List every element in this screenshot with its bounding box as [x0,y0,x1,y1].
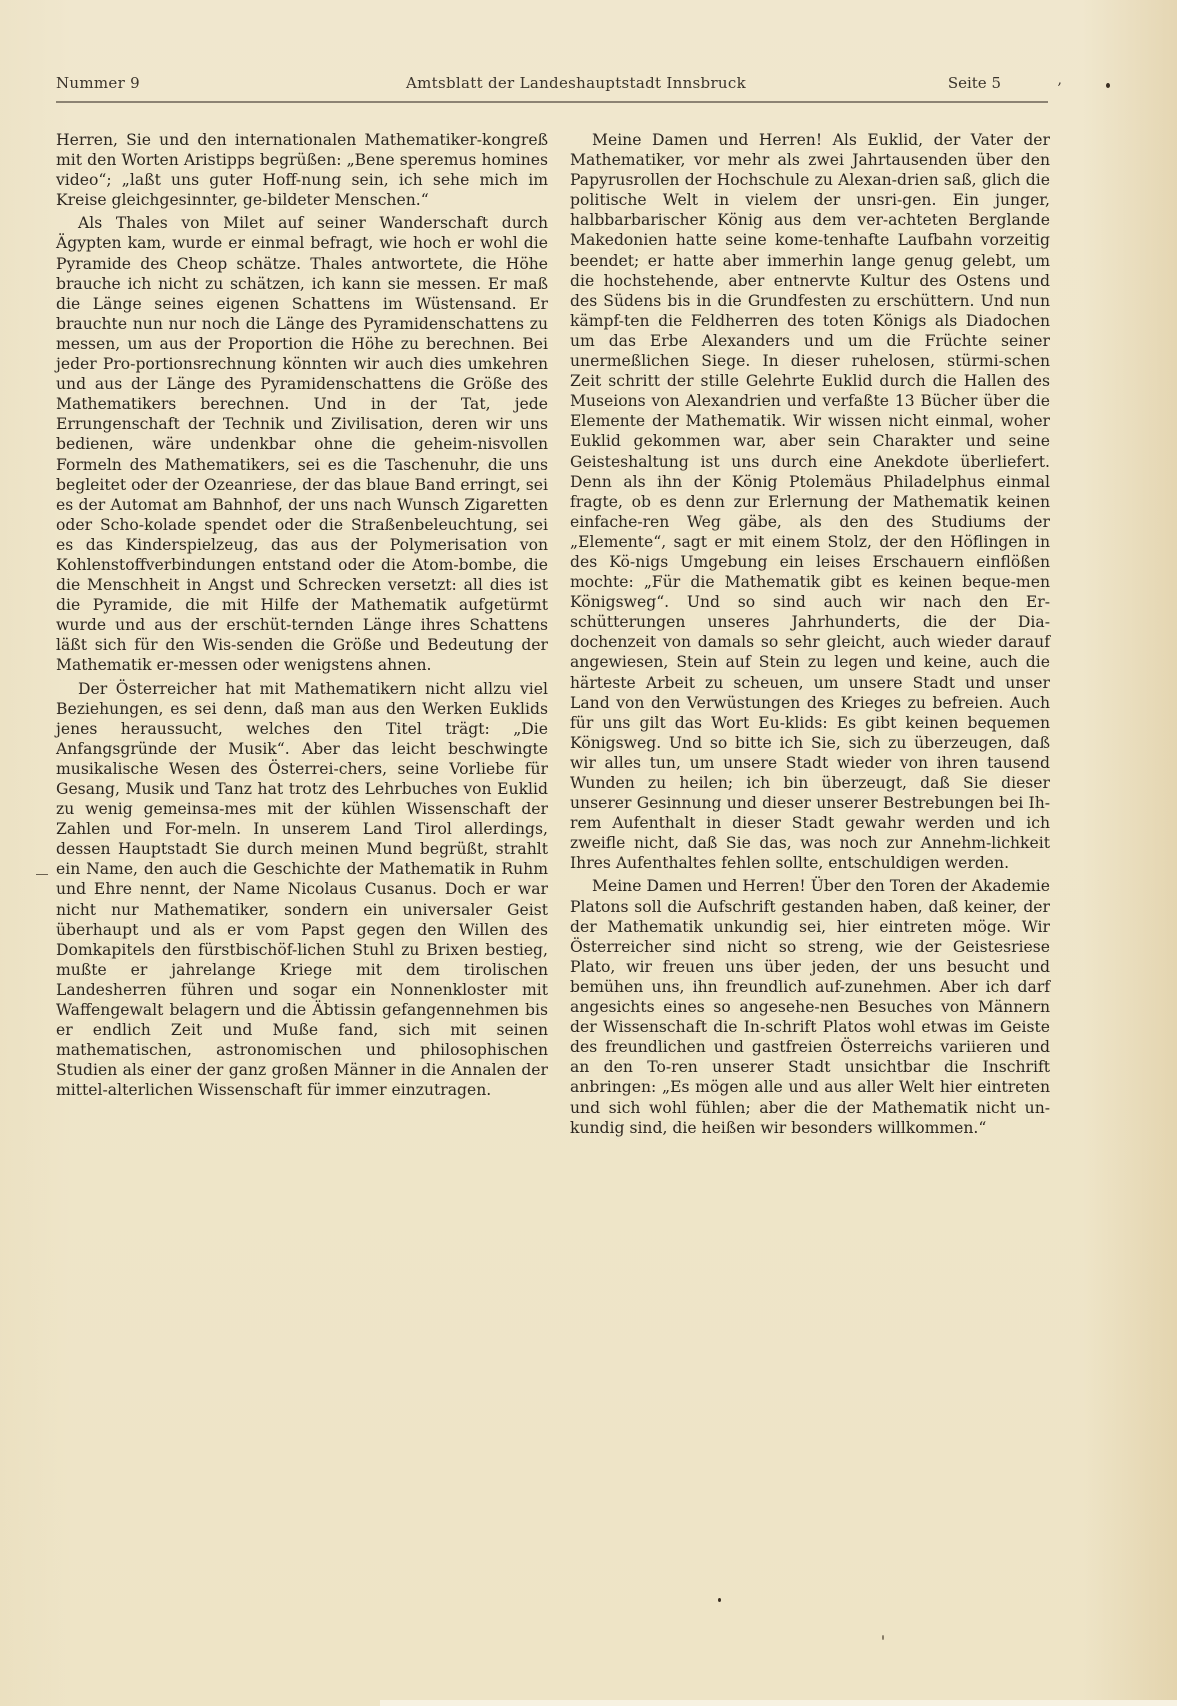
page-number: Seite 5 [948,74,1001,92]
newspaper-page: Nummer 9 Amtsblatt der Landeshauptstadt … [0,0,1177,1706]
paragraph: Meine Damen und Herren! Als Euklid, der … [570,130,1050,873]
paragraph: Als Thales von Milet auf seiner Wandersc… [56,213,548,675]
left-column: Herren, Sie und den internationalen Math… [56,130,548,1104]
paper-speck [1106,83,1110,88]
margin-mark-dash [36,874,48,875]
publication-title: Amtsblatt der Landeshauptstadt Innsbruck [366,74,786,92]
paragraph: Herren, Sie und den internationalen Math… [56,130,548,210]
paper-speck [718,1598,721,1602]
paper-speck [882,1635,884,1640]
header-rule [56,101,1048,103]
paragraph: Meine Damen und Herren! Über den Toren d… [570,876,1050,1137]
paragraph: Der Österreicher hat mit Mathematikern n… [56,679,548,1101]
issue-number: Nummer 9 [56,74,140,92]
scan-edge [380,1700,1177,1706]
running-head: Nummer 9 Amtsblatt der Landeshauptstadt … [56,70,1066,96]
right-column: Meine Damen und Herren! Als Euklid, der … [570,130,1050,1141]
margin-mark: , [1058,72,1062,88]
